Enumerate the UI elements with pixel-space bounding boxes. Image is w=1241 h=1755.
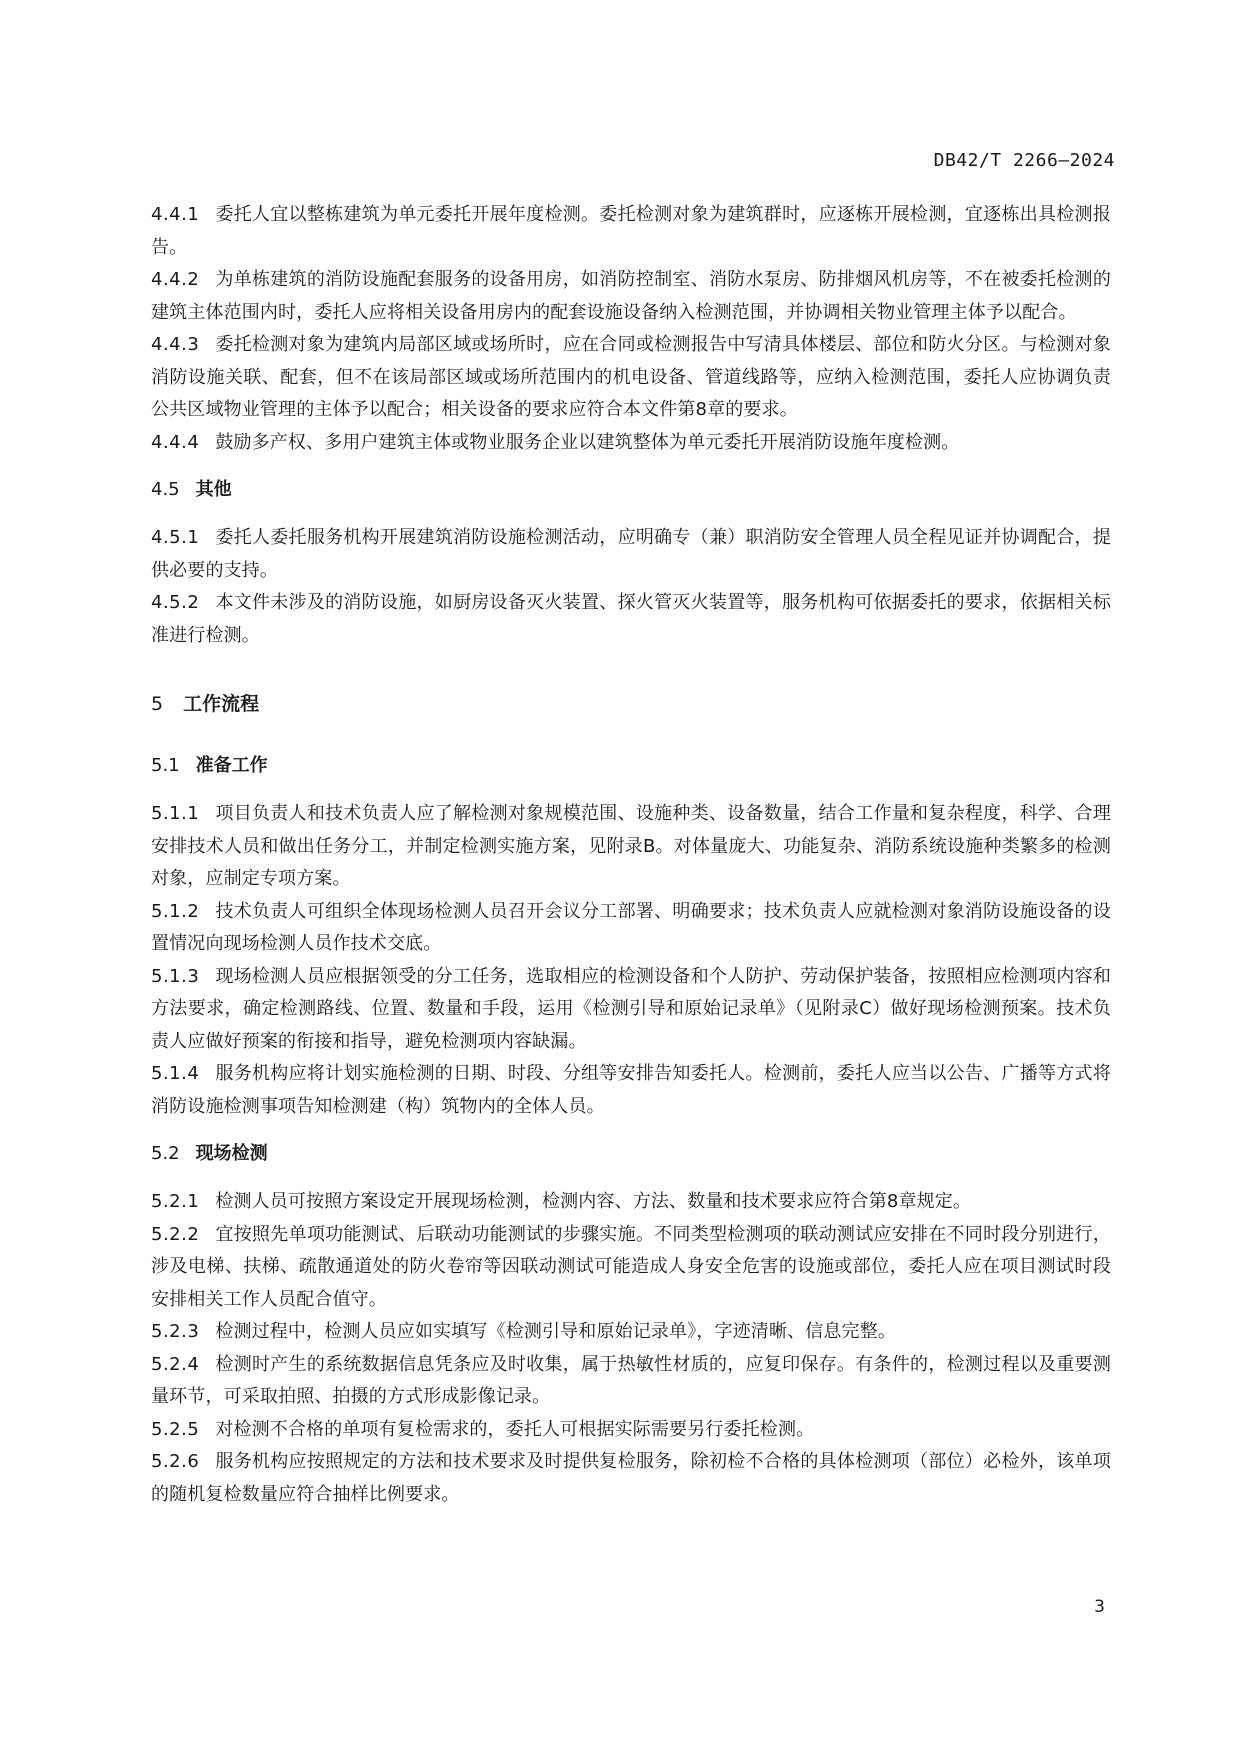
clause-5-2-1: 5.2.1检测人员可按照方案设定开展现场检测，检测内容、方法、数量和技术要求应符…	[151, 1186, 1111, 1219]
document-body: 4.4.1委托人宜以整栋建筑为单元委托开展年度检测。委托检测对象为建筑群时，应逐…	[151, 199, 1111, 1511]
clause-4-4-4: 4.4.4鼓励多产权、多用户建筑主体或物业服务企业以建筑整体为单元委托开展消防设…	[151, 427, 1111, 460]
clause-5-1-1: 5.1.1项目负责人和技术负责人应了解检测对象规模范围、设施种类、设备数量，结合…	[151, 798, 1111, 896]
clause-4-4-2: 4.4.2为单栋建筑的消防设施配套服务的设备用房，如消防控制室、消防水泵房、防排…	[151, 264, 1111, 329]
clause-4-4-1: 4.4.1委托人宜以整栋建筑为单元委托开展年度检测。委托检测对象为建筑群时，应逐…	[151, 199, 1111, 264]
clause-5-2-5: 5.2.5对检测不合格的单项有复检需求的，委托人可根据实际需要另行委托检测。	[151, 1414, 1111, 1447]
clause-5-1-4: 5.1.4服务机构应将计划实施检测的日期、时段、分组等安排告知委托人。检测前，委…	[151, 1058, 1111, 1123]
clause-5-2-6: 5.2.6服务机构应按照规定的方法和技术要求及时提供复检服务，除初检不合格的具体…	[151, 1446, 1111, 1511]
page-number: 3	[1094, 1597, 1105, 1617]
clause-4-5-1: 4.5.1委托人委托服务机构开展建筑消防设施检测活动，应明确专（兼）职消防安全管…	[151, 522, 1111, 587]
chapter-heading-5: 5工作流程	[151, 688, 1111, 720]
document-code: DB42/T 2266—2024	[934, 150, 1115, 171]
clause-5-2-4: 5.2.4检测时产生的系统数据信息凭条应及时收集，属于热敏性材质的，应复印保存。…	[151, 1349, 1111, 1414]
section-heading-5-1: 5.1准备工作	[151, 750, 1111, 782]
section-heading-4-5: 4.5其他	[151, 474, 1111, 506]
clause-5-1-2: 5.1.2技术负责人可组织全体现场检测人员召开会议分工部署、明确要求；技术负责人…	[151, 896, 1111, 961]
clause-5-2-2: 5.2.2宜按照先单项功能测试、后联动功能测试的步骤实施。不同类型检测项的联动测…	[151, 1219, 1111, 1317]
clause-4-4-3: 4.4.3委托检测对象为建筑内局部区域或场所时，应在合同或检测报告中写清具体楼层…	[151, 329, 1111, 427]
clause-5-2-3: 5.2.3检测过程中，检测人员应如实填写《检测引导和原始记录单》，字迹清晰、信息…	[151, 1316, 1111, 1349]
section-heading-5-2: 5.2现场检测	[151, 1138, 1111, 1170]
clause-4-5-2: 4.5.2本文件未涉及的消防设施，如厨房设备灭火装置、探火管灭火装置等，服务机构…	[151, 587, 1111, 652]
clause-5-1-3: 5.1.3现场检测人员应根据领受的分工任务，选取相应的检测设备和个人防护、劳动保…	[151, 961, 1111, 1059]
